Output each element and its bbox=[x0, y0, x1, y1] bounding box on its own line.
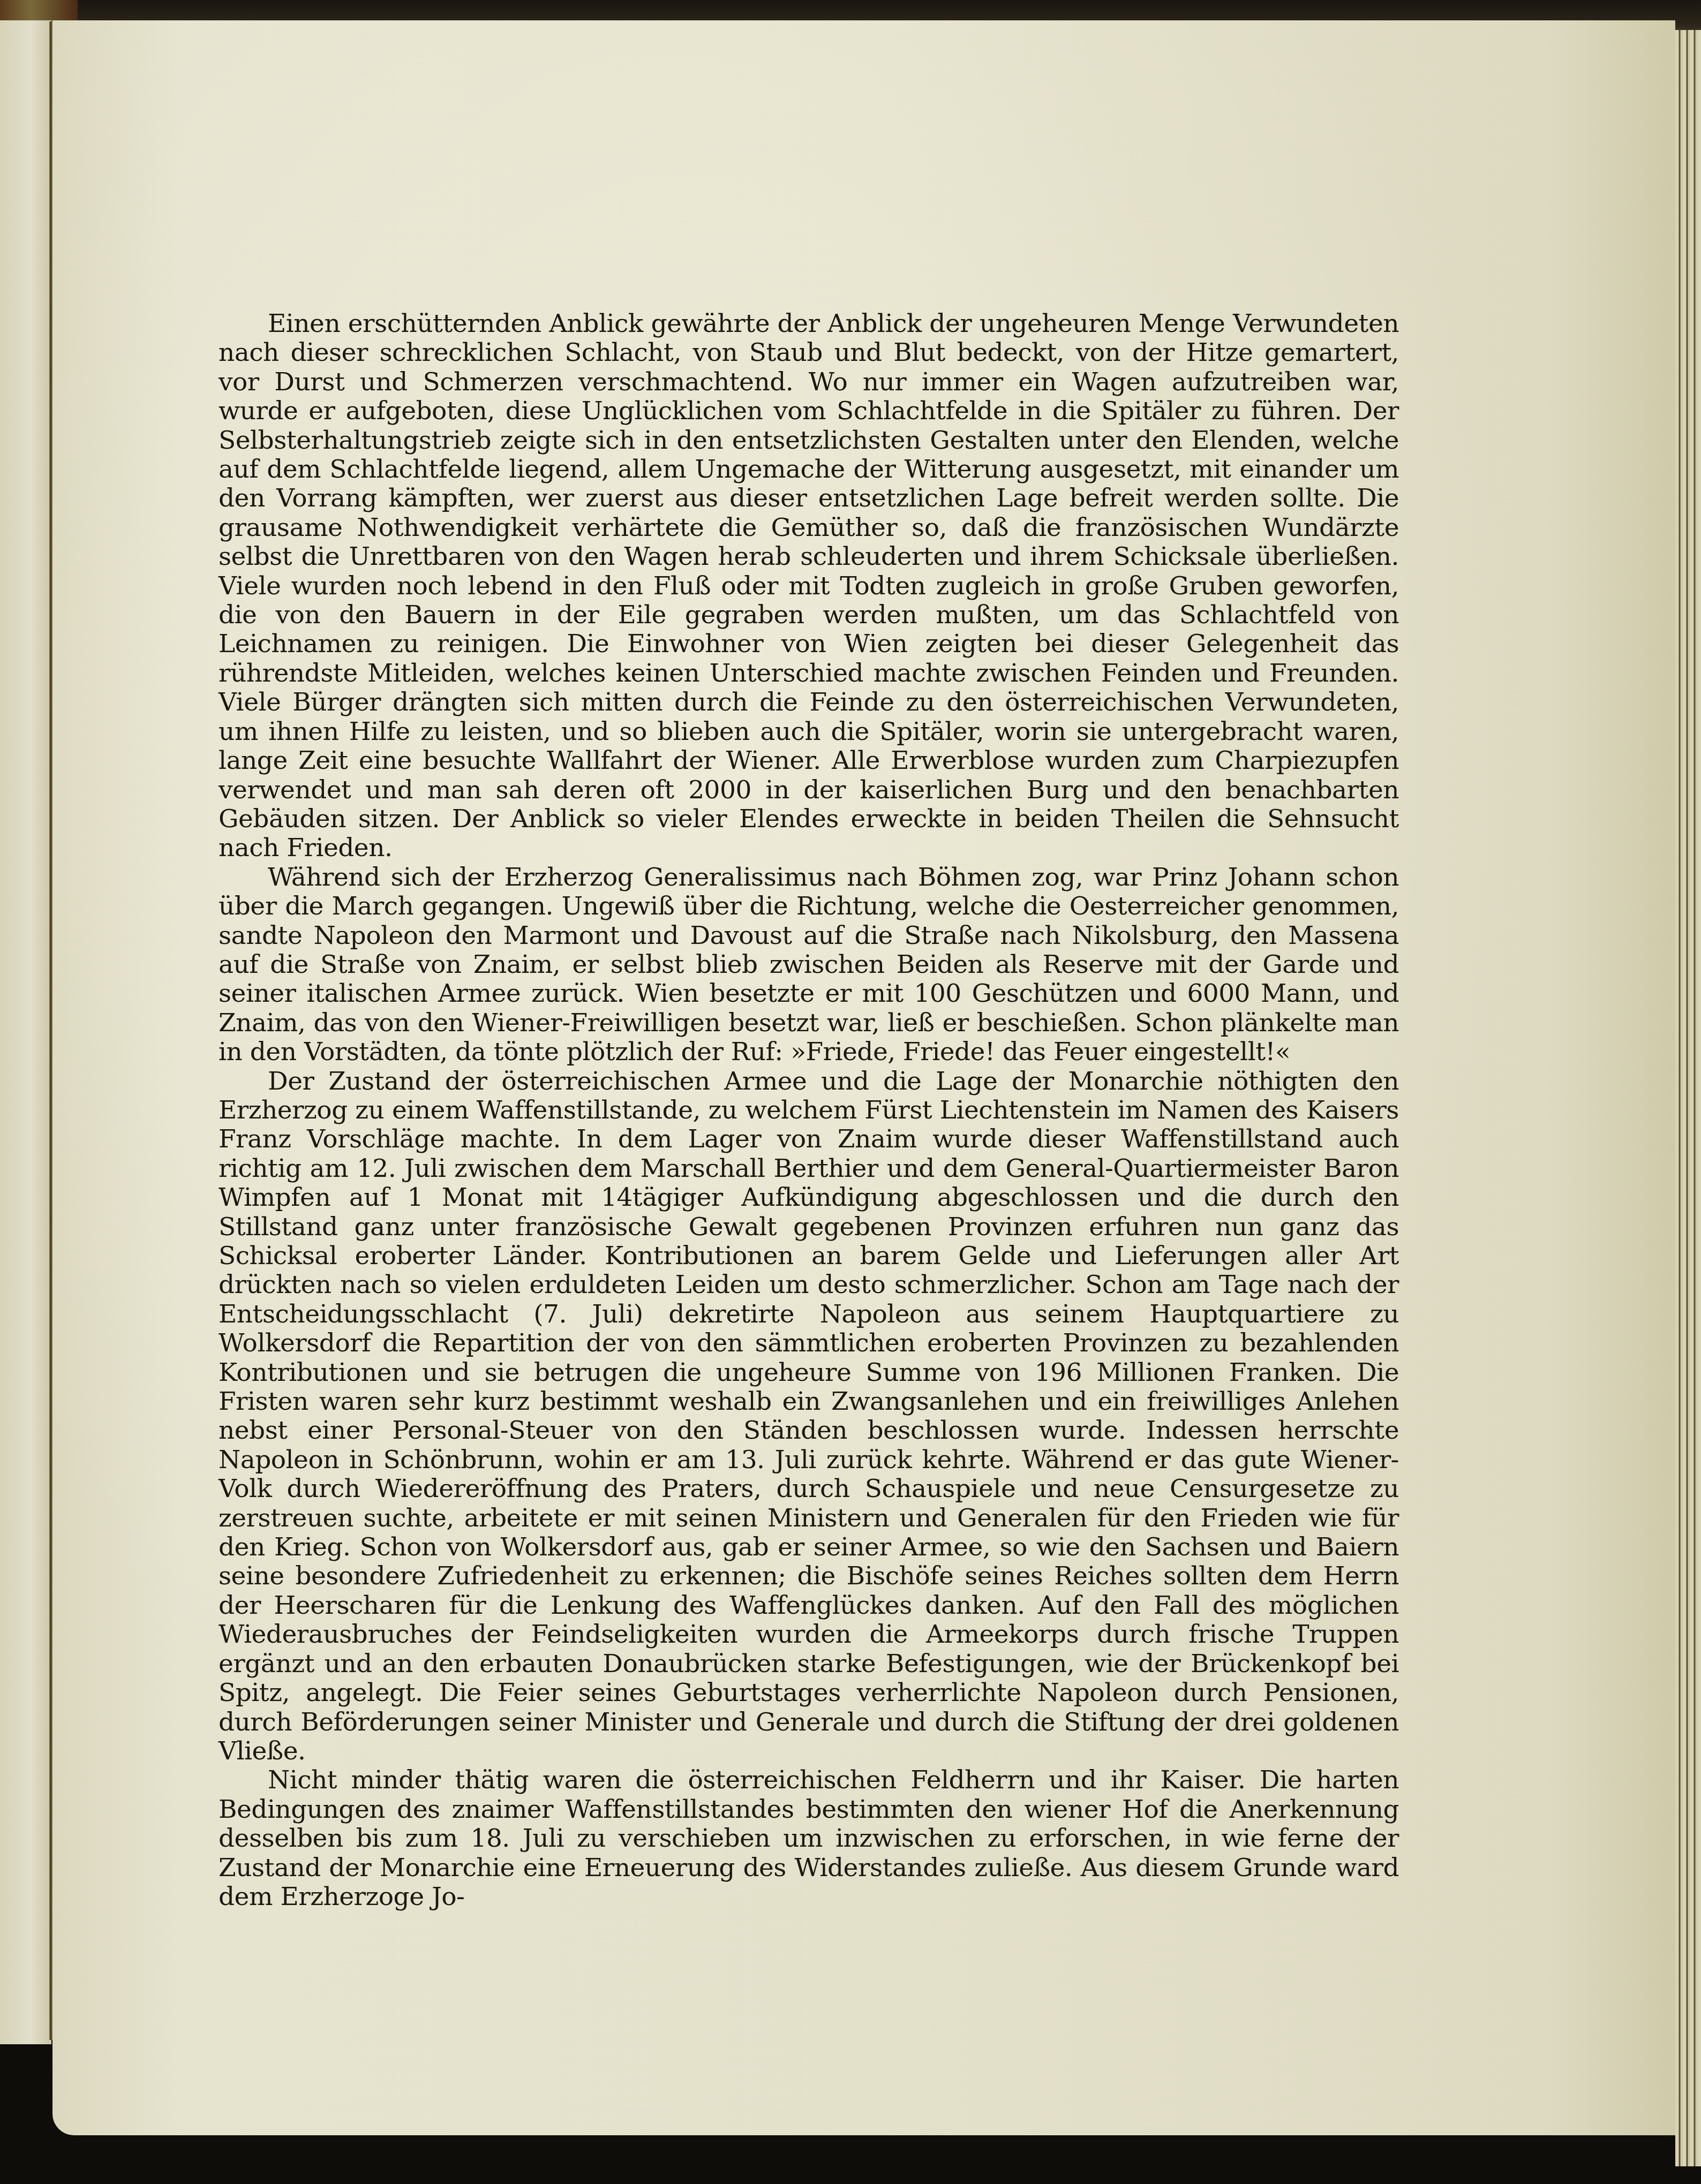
page-stack-edge bbox=[1675, 30, 1701, 2166]
binding-tape bbox=[0, 0, 78, 21]
paragraph-1: Einen erschütternden Anblick gewährte de… bbox=[219, 309, 1399, 863]
book-gutter bbox=[49, 21, 52, 2040]
paragraph-3: Der Zustand der österreichischen Armee u… bbox=[219, 1067, 1399, 1766]
scanned-book-page: Einen erschütternden Anblick gewährte de… bbox=[0, 0, 1701, 2184]
facing-page-edge bbox=[0, 20, 51, 2044]
paragraph-4: Nicht minder thätig waren die österreich… bbox=[219, 1766, 1399, 1911]
body-text: Einen erschütternden Anblick gewährte de… bbox=[219, 309, 1399, 1911]
paragraph-2: Während sich der Erzherzog Generalissimu… bbox=[219, 863, 1399, 1067]
